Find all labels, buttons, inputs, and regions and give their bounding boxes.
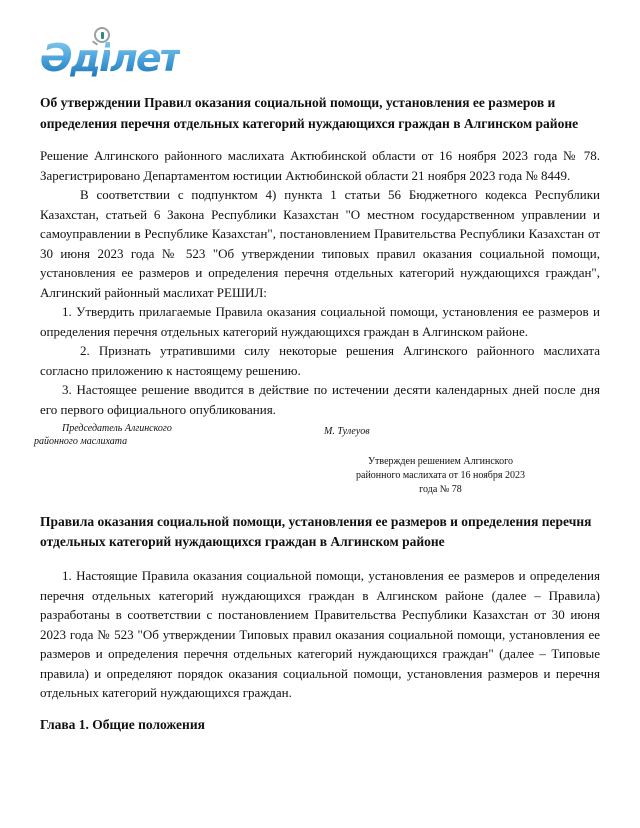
- decision-item-2: 2. Признать утратившими силу некоторые р…: [40, 341, 600, 380]
- decision-item-3: 3. Настоящее решение вводится в действие…: [40, 380, 600, 419]
- signature-position-line1: Председатель Алгинского: [34, 422, 244, 435]
- logo-text-part3: лет: [110, 36, 180, 80]
- approval-line2: районного маслихата от 16 ноября 2023: [333, 469, 548, 483]
- signatory-name: М. Тулеуов: [324, 422, 370, 438]
- chapter-1-heading: Глава 1. Общие положения: [40, 716, 600, 734]
- approval-line3: года № 78: [333, 483, 548, 497]
- rules-section-title: Правила оказания социальной помощи, уста…: [40, 512, 600, 552]
- preamble-paragraph: В соответствии с подпунктом 4) пункта 1 …: [40, 185, 600, 302]
- approval-line1: Утвержден решением Алгинского: [333, 455, 548, 469]
- decision-intro-paragraph: Решение Алгинского районного маслихата А…: [40, 146, 600, 185]
- rules-paragraph-1: 1. Настоящие Правила оказания социальной…: [40, 566, 600, 703]
- adilet-logo: Әділет: [40, 34, 600, 84]
- signature-row: Председатель Алгинского районного маслих…: [40, 422, 600, 448]
- document-title: Об утверждении Правил оказания социально…: [40, 92, 600, 134]
- decision-item-1: 1. Утвердить прилагаемые Правила оказани…: [40, 302, 600, 341]
- document-page: Әділет Об утверждении Правил оказания со…: [0, 0, 640, 828]
- magnifier-icon: [94, 27, 110, 43]
- signature-position-line2: районного маслихата: [34, 435, 244, 448]
- logo-text-part1: Әд: [40, 36, 99, 80]
- approval-stamp-block: Утвержден решением Алгинского районного …: [333, 455, 548, 497]
- signature-position: Председатель Алгинского районного маслих…: [34, 422, 244, 448]
